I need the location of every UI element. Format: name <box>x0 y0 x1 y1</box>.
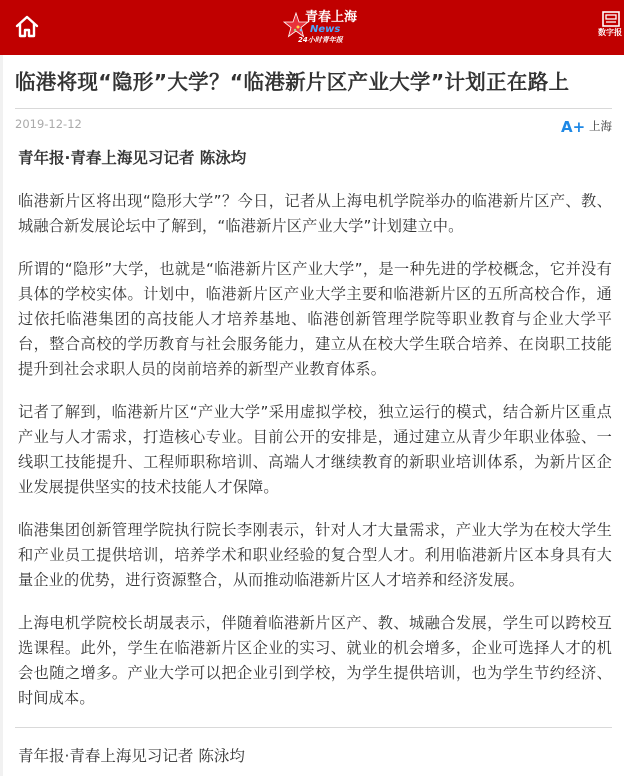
paragraph: 所谓的“隐形”大学，也就是“临港新片区产业大学”，是一种先进的学校概念，它并没有… <box>18 257 612 382</box>
title-divider <box>15 108 612 109</box>
top-navigation-bar: 青春上海 News 24小时青年报 数字报 <box>0 0 624 55</box>
digital-edition-button[interactable]: 数字报 <box>598 11 624 43</box>
newspaper-icon <box>602 11 620 27</box>
font-size-increase-button[interactable]: A+ <box>561 118 585 136</box>
home-button[interactable] <box>14 14 40 40</box>
footer-author: 青年报·青春上海见习记者 陈泳均 <box>18 746 245 766</box>
logo-news: News <box>310 24 340 35</box>
logo-title: 青春上海 <box>305 11 357 25</box>
home-icon <box>14 14 40 40</box>
paragraph: 记者了解到，临港新片区“产业大学”采用虚拟学校，独立运行的模式，结合新片区重点产… <box>18 400 612 500</box>
logo-subtitle: 24小时青年报 <box>298 36 343 45</box>
site-logo[interactable]: 青春上海 News 24小时青年报 <box>283 10 363 48</box>
article-author: 青年报·青春上海见习记者 陈泳均 <box>18 148 246 168</box>
digital-edition-label: 数字报 <box>596 28 624 38</box>
paragraph: 上海电机学院校长胡晟表示，伴随着临港新片区产、教、城融合发展，学生可以跨校互选课… <box>18 611 612 711</box>
article-source: 上海 <box>589 119 612 133</box>
footer-divider <box>15 727 612 728</box>
article-title: 临港将现“隐形”大学？“临港新片区产业大学”计划正在路上 <box>15 68 615 96</box>
paragraph: 临港集团创新管理学院执行院长李刚表示，针对人才大量需求，产业大学为在校大学生和产… <box>18 518 612 593</box>
page-left-edge <box>0 55 3 776</box>
publish-date: 2019-12-12 <box>15 117 82 131</box>
article-body: 临港新片区将出现“隐形大学”？今日，记者从上海电机学院举办的临港新片区产、教、城… <box>18 189 612 729</box>
paragraph: 临港新片区将出现“隐形大学”？今日，记者从上海电机学院举办的临港新片区产、教、城… <box>18 189 612 239</box>
